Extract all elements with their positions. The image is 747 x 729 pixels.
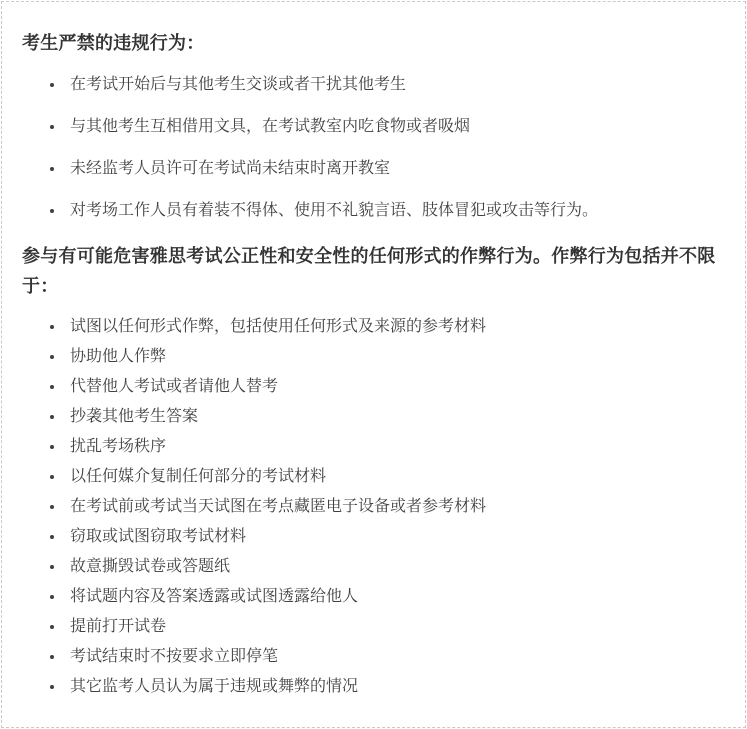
rule-list-item: 考试结束时不按要求立即停笔 [70, 645, 725, 669]
rule-list-item: 提前打开试卷 [70, 615, 725, 639]
rule-list-item: 在考试开始后与其他考生交谈或者干扰其他考生 [70, 73, 725, 97]
rule-list-item: 以任何媒介复制任何部分的考试材料 [70, 465, 725, 489]
rule-list-item: 对考场工作人员有着装不得体、使用不礼貌言语、肢体冒犯或攻击等行为。 [70, 199, 725, 223]
rule-list-item: 扰乱考场秩序 [70, 435, 725, 459]
prohibited-behaviors-list: 在考试开始后与其他考生交谈或者干扰其他考生与其他考生互相借用文具，在考试教室内吃… [22, 73, 725, 223]
section-title-cheating-behaviors: 参与有可能危害雅思考试公正性和安全性的任何形式的作弊行为。作弊行为包括并不限于： [22, 241, 725, 301]
cheating-behaviors-list: 试图以任何形式作弊，包括使用任何形式及来源的参考材料协助他人作弊代替他人考试或者… [22, 315, 725, 699]
rule-list-item: 在考试前或考试当天试图在考点藏匿电子设备或者参考材料 [70, 495, 725, 519]
rule-list-item: 将试题内容及答案透露或试图透露给他人 [70, 585, 725, 609]
rule-list-item: 与其他考生互相借用文具，在考试教室内吃食物或者吸烟 [70, 115, 725, 139]
rule-list-item: 故意撕毁试卷或答题纸 [70, 555, 725, 579]
exam-rules-panel: 考生严禁的违规行为： 在考试开始后与其他考生交谈或者干扰其他考生与其他考生互相借… [1, 1, 746, 728]
section-title-prohibited-behaviors: 考生严禁的违规行为： [22, 28, 725, 58]
rule-list-item: 未经监考人员许可在考试尚未结束时离开教室 [70, 157, 725, 181]
rule-list-item: 抄袭其他考生答案 [70, 405, 725, 429]
rule-list-item: 试图以任何形式作弊，包括使用任何形式及来源的参考材料 [70, 315, 725, 339]
rule-list-item: 代替他人考试或者请他人替考 [70, 375, 725, 399]
rule-list-item: 窃取或试图窃取考试材料 [70, 525, 725, 549]
rule-list-item: 协助他人作弊 [70, 345, 725, 369]
rule-list-item: 其它监考人员认为属于违规或舞弊的情况 [70, 675, 725, 699]
